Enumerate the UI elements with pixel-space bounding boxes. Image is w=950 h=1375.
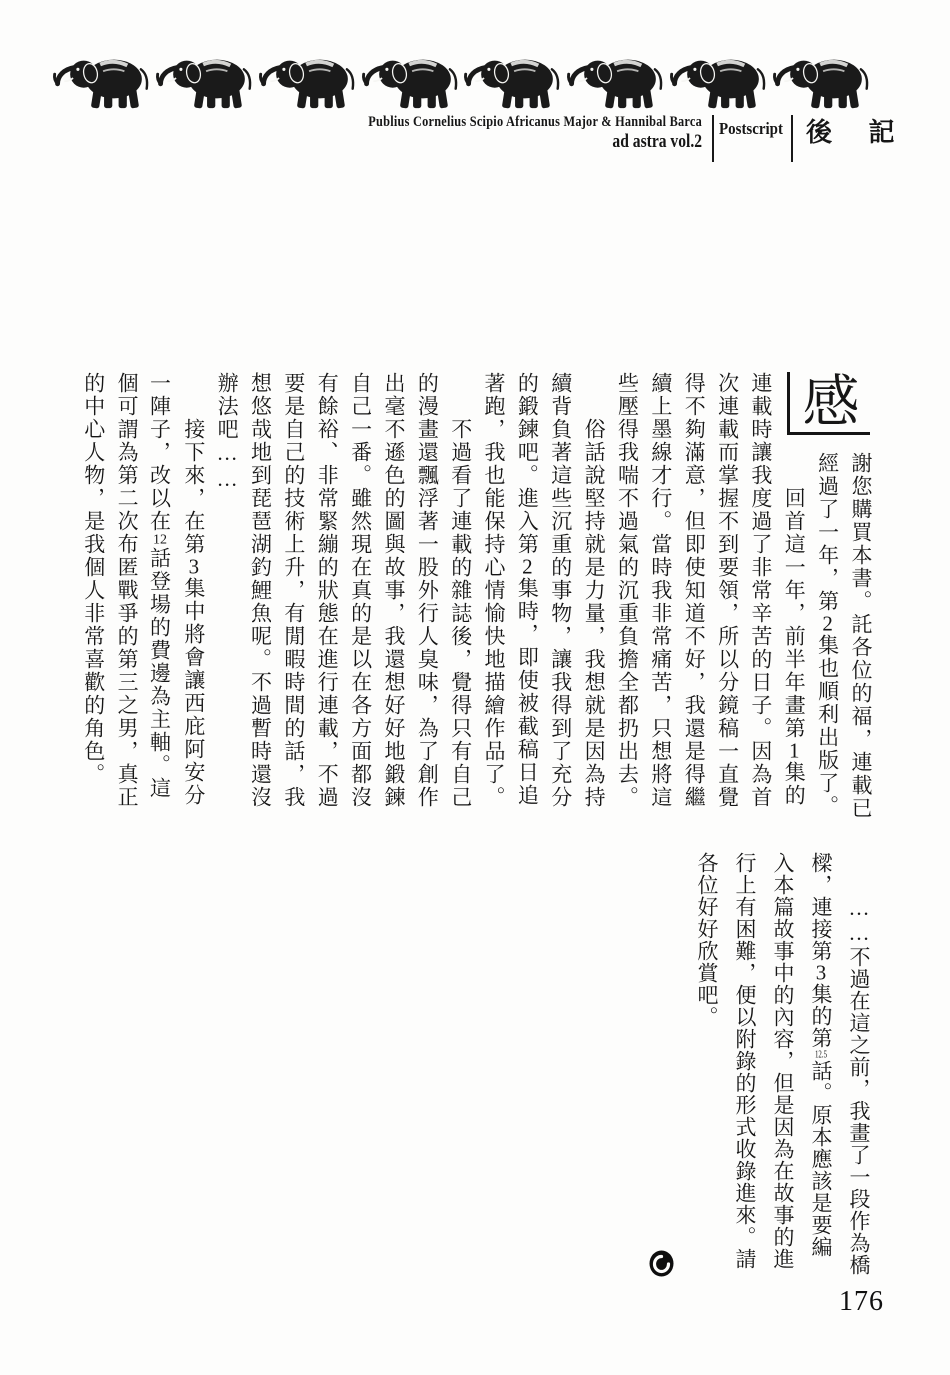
header-divider [712, 115, 714, 162]
drop-cap-box: 感 [787, 372, 870, 435]
elephant-icon [776, 48, 876, 110]
inline-number: 3 [809, 962, 833, 983]
inline-number: 12.5 [815, 1049, 827, 1060]
elephant-icon [262, 48, 362, 110]
elephant-icon [467, 48, 567, 110]
inline-number: 12 [152, 533, 167, 547]
text-column: 的漫畫還飄浮著一股外行人臭味，為了創作 [410, 372, 443, 822]
text-column: 想悠哉地到琵琶湖釣鯉魚呢。不過暫時還沒 [243, 372, 276, 822]
manga-afterword-page: Publius Cornelius Scipio Africanus Major… [0, 0, 950, 1375]
text-column: 一陣子，改以在12話登場的費邊為主軸。這 [143, 372, 176, 822]
elephant-icon [56, 48, 156, 110]
text-column: 的鍛鍊吧。進入第2集時，即使被截稿日追 [510, 372, 543, 822]
text-column: 續上墨線才行。當時我非常痛苦，只想將這 [643, 372, 676, 822]
text-column: ……不過在這之前，我畫了一段作為橋 [840, 852, 878, 1280]
header-divider [791, 115, 793, 162]
section-title-en: Postscript [719, 119, 783, 139]
text-column: 續背負著這些沉重的事物，讓我得到了充分 [543, 372, 576, 822]
text-column: 不過看了連載的雜誌後，覺得只有自己 [443, 372, 476, 822]
text-column: 謝您購買本書。託各位的福，連載已 [844, 372, 877, 822]
text-column: 經過了一年，第2集也順利出版了。 [810, 372, 843, 822]
text-column: 著跑，我也能保持心情愉快地描繪作品了。 [477, 372, 510, 822]
text-column: 接下來，在第3集中將會讓西庇阿安分 [176, 372, 209, 822]
afterword-addendum-text: ……不過在這之前，我畫了一段作為橋樑，連接第3集的第12.5話。原本應該是要編入… [688, 852, 878, 1280]
elephant-parade [56, 44, 876, 110]
text-column: 辦法吧…… [210, 372, 243, 822]
text-column: 得不夠滿意，但即使知道不好，我還是得繼 [677, 372, 710, 822]
header-titles: Publius Cornelius Scipio Africanus Major… [368, 113, 702, 153]
text-column: 入本篇故事中的內容，但是因為在故事的進 [764, 852, 802, 1280]
elephant-icon [365, 48, 465, 110]
inline-number: 2 [816, 613, 840, 634]
text-column: 些壓得我喘不過氣的沉重負擔全都扔出去。 [610, 372, 643, 822]
text-column: 俗話說堅持就是力量，我想就是因為持 [577, 372, 610, 822]
section-title-cjk: 後 記 [806, 119, 910, 148]
text-column: 個可謂為第二次布匿戰爭的第三之男，真正 [110, 372, 143, 822]
inline-number: 2 [515, 556, 539, 577]
spiral-seal-icon [649, 1250, 674, 1277]
page-number: 176 [839, 1286, 884, 1318]
text-column: 各位好好欣賞吧。 [688, 852, 726, 1280]
series-title: Publius Cornelius Scipio Africanus Major… [368, 113, 702, 131]
afterword-main-text: 感 謝您購買本書。託各位的福，連載已經過了一年，第2集也順利出版了。 回首這一年… [76, 372, 877, 822]
text-column: 回首這一年，前半年畫第1集的 [777, 372, 810, 822]
text-column: 要是自己的技術上升，有閒暇時間的話，我 [277, 372, 310, 822]
inline-number: 1 [782, 740, 806, 761]
text-column: 有餘裕、非常緊繃的狀態在進行連載，不過 [310, 372, 343, 822]
elephant-icon [673, 48, 773, 110]
drop-cap-character: 感 [803, 374, 860, 431]
elephant-icon [159, 48, 259, 110]
volume-title: ad astra vol.2 [368, 131, 702, 153]
text-column: 行上有困難，便以附錄的形式收錄進來。請 [726, 852, 764, 1280]
elephant-icon [570, 48, 670, 110]
text-column: 樑，連接第3集的第12.5話。原本應該是要編 [802, 852, 840, 1280]
inline-number: 3 [182, 556, 206, 577]
text-column: 出毫不遜色的圖與故事，我還想好好地鍛鍊 [377, 372, 410, 822]
text-column: 連載時讓我度過了非常辛苦的日子。因為首 [744, 372, 777, 822]
text-column: 的中心人物，是我個人非常喜歡的角色。 [76, 372, 109, 822]
text-column: 自己一番。雖然現在真的是以在各方面都沒 [343, 372, 376, 822]
text-column: 次連載而掌握不到要領，所以分鏡稿一直覺 [710, 372, 743, 822]
